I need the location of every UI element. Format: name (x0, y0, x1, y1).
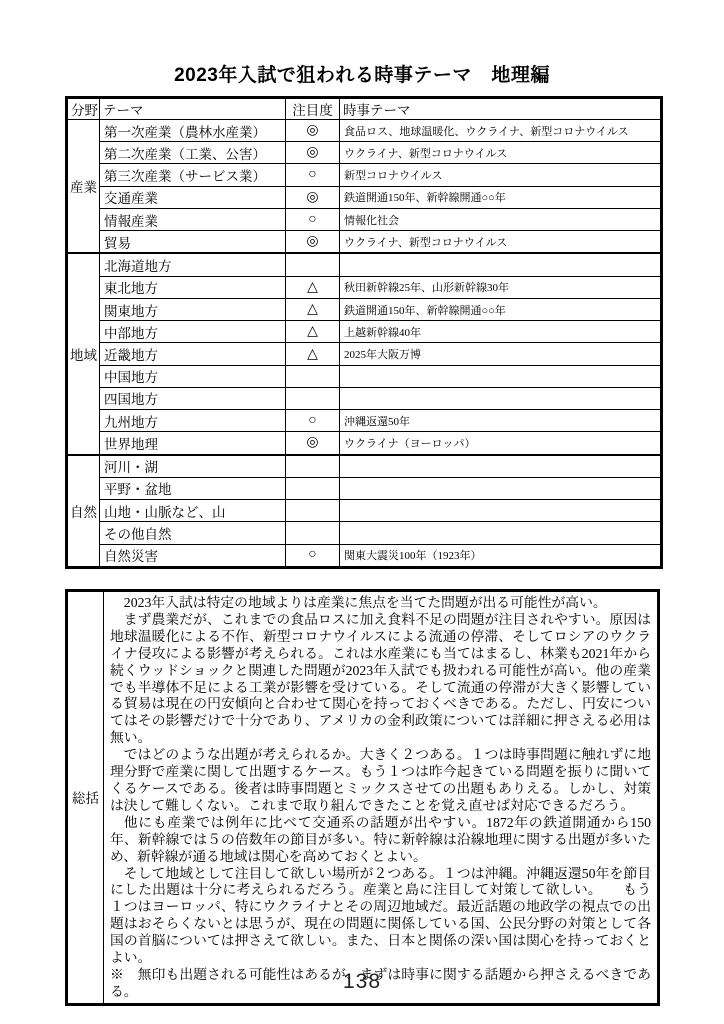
table-row: 四国地方 (67, 387, 662, 409)
summary-text: 2023年入試は特定の地域よりは産業に焦点を当てた問題が出る可能性が高い。まず農… (104, 591, 659, 1005)
current-topic-cell: ウクライナ、新型コロナウイルス (340, 231, 662, 254)
themes-table: 分野 テーマ 注目度 時事テーマ 産業第一次産業（農林水産業）◎食品ロス、地球温… (65, 96, 663, 569)
theme-cell: 情報産業 (100, 208, 286, 230)
theme-cell: 九州地方 (100, 410, 286, 432)
table-row: 近畿地方△2025年大阪万博 (67, 343, 662, 365)
current-topic-cell: 関東大震災100年（1923年） (340, 544, 662, 567)
table-row: 第三次産業（サービス業）○新型コロナウイルス (67, 164, 662, 186)
table-row: 自然河川・湖 (67, 455, 662, 478)
summary-paragraph: 2023年入試は特定の地域よりは産業に焦点を当てた問題が出る可能性が高い。 (110, 595, 651, 612)
current-topic-cell (340, 253, 662, 276)
attention-mark: ◎ (286, 231, 340, 254)
table-row: 中国地方 (67, 365, 662, 387)
field-group-label: 産業 (67, 120, 100, 254)
theme-cell: 交通産業 (100, 186, 286, 208)
current-topic-cell: 沖縄返還50年 (340, 410, 662, 432)
summary-paragraph: 他にも産業では例年に比べて交通系の話題が出やすい。1872年の鉄道開通から150… (110, 815, 651, 866)
attention-mark: △ (286, 343, 340, 365)
attention-mark (286, 365, 340, 387)
current-topic-cell (340, 455, 662, 478)
summary-label: 総括 (67, 591, 104, 1005)
attention-mark: ○ (286, 164, 340, 186)
table-row: 情報産業○情報化社会 (67, 208, 662, 230)
attention-mark (286, 477, 340, 499)
theme-cell: 自然災害 (100, 544, 286, 567)
col-header-attention: 注目度 (286, 98, 340, 120)
theme-cell: 中部地方 (100, 321, 286, 343)
theme-cell: 河川・湖 (100, 455, 286, 478)
attention-mark: △ (286, 276, 340, 298)
summary-paragraph: ではどのような出題が考えられるか。大きく２つある。１つは時事問題に触れずに地理分… (110, 747, 651, 815)
table-row: 中部地方△上越新幹線40年 (67, 321, 662, 343)
attention-mark: ◎ (286, 142, 340, 164)
current-topic-cell: 秋田新幹線25年、山形新幹線30年 (340, 276, 662, 298)
table-row: 東北地方△秋田新幹線25年、山形新幹線30年 (67, 276, 662, 298)
summary-table: 総括 2023年入試は特定の地域よりは産業に焦点を当てた問題が出る可能性が高い。… (65, 589, 660, 1006)
attention-mark (286, 253, 340, 276)
theme-cell: 東北地方 (100, 276, 286, 298)
table-row: 自然災害○関東大震災100年（1923年） (67, 544, 662, 567)
theme-cell: 中国地方 (100, 365, 286, 387)
current-topic-cell (340, 387, 662, 409)
attention-mark (286, 455, 340, 478)
table-row: 世界地理◎ウクライナ（ヨーロッパ） (67, 432, 662, 455)
attention-mark: △ (286, 321, 340, 343)
current-topic-cell: 情報化社会 (340, 208, 662, 230)
attention-mark: ○ (286, 208, 340, 230)
table-row: 山地・山脈など、山 (67, 500, 662, 522)
col-header-current: 時事テーマ (340, 98, 662, 120)
current-topic-cell (340, 477, 662, 499)
theme-cell: 貿易 (100, 231, 286, 254)
attention-mark: △ (286, 298, 340, 320)
summary-paragraph: まず農業だが、これまでの食品ロスに加え食料不足の問題が注目されやすい。原因は地球… (110, 612, 651, 747)
theme-cell: 北海道地方 (100, 253, 286, 276)
current-topic-cell: ウクライナ、新型コロナウイルス (340, 142, 662, 164)
attention-mark: ◎ (286, 120, 340, 142)
theme-cell: 第三次産業（サービス業） (100, 164, 286, 186)
table-row: 交通産業◎鉄道開通150年、新幹線開通○○年 (67, 186, 662, 208)
table-header-row: 分野 テーマ 注目度 時事テーマ (67, 98, 662, 120)
theme-cell: 関東地方 (100, 298, 286, 320)
table-row: 第二次産業（工業、公害）◎ウクライナ、新型コロナウイルス (67, 142, 662, 164)
attention-mark: ◎ (286, 186, 340, 208)
summary-row: 総括 2023年入試は特定の地域よりは産業に焦点を当てた問題が出る可能性が高い。… (67, 591, 659, 1005)
table-row: その他自然 (67, 522, 662, 544)
page-title: 2023年入試で狙われる時事テーマ 地理編 (0, 60, 724, 87)
field-group-label: 地域 (67, 253, 100, 454)
current-topic-cell: 食品ロス、地球温暖化、ウクライナ、新型コロナウイルス (340, 120, 662, 142)
current-topic-cell: 上越新幹線40年 (340, 321, 662, 343)
theme-cell: 第一次産業（農林水産業） (100, 120, 286, 142)
current-topic-cell (340, 500, 662, 522)
table-row: 平野・盆地 (67, 477, 662, 499)
attention-mark (286, 387, 340, 409)
summary-paragraph: そして地域として注目して欲しい場所が２つある。１つは沖縄。沖縄返還50年を節目に… (110, 866, 651, 967)
theme-cell: その他自然 (100, 522, 286, 544)
attention-mark: ○ (286, 410, 340, 432)
attention-mark (286, 522, 340, 544)
theme-cell: 平野・盆地 (100, 477, 286, 499)
table-row: 産業第一次産業（農林水産業）◎食品ロス、地球温暖化、ウクライナ、新型コロナウイル… (67, 120, 662, 142)
attention-mark: ○ (286, 544, 340, 567)
theme-cell: 四国地方 (100, 387, 286, 409)
attention-mark (286, 500, 340, 522)
table-row: 九州地方○沖縄返還50年 (67, 410, 662, 432)
theme-cell: 近畿地方 (100, 343, 286, 365)
current-topic-cell: 2025年大阪万博 (340, 343, 662, 365)
table-row: 関東地方△鉄道開通150年、新幹線開通○○年 (67, 298, 662, 320)
col-header-theme: テーマ (100, 98, 286, 120)
table-row: 地域北海道地方 (67, 253, 662, 276)
theme-cell: 山地・山脈など、山 (100, 500, 286, 522)
col-header-field: 分野 (67, 98, 100, 120)
current-topic-cell: ウクライナ（ヨーロッパ） (340, 432, 662, 455)
current-topic-cell: 鉄道開通150年、新幹線開通○○年 (340, 298, 662, 320)
attention-mark: ◎ (286, 432, 340, 455)
theme-cell: 世界地理 (100, 432, 286, 455)
current-topic-cell (340, 522, 662, 544)
current-topic-cell (340, 365, 662, 387)
current-topic-cell: 新型コロナウイルス (340, 164, 662, 186)
table-row: 貿易◎ウクライナ、新型コロナウイルス (67, 231, 662, 254)
current-topic-cell: 鉄道開通150年、新幹線開通○○年 (340, 186, 662, 208)
page-number: 138 (0, 970, 724, 994)
field-group-label: 自然 (67, 455, 100, 568)
theme-cell: 第二次産業（工業、公害） (100, 142, 286, 164)
